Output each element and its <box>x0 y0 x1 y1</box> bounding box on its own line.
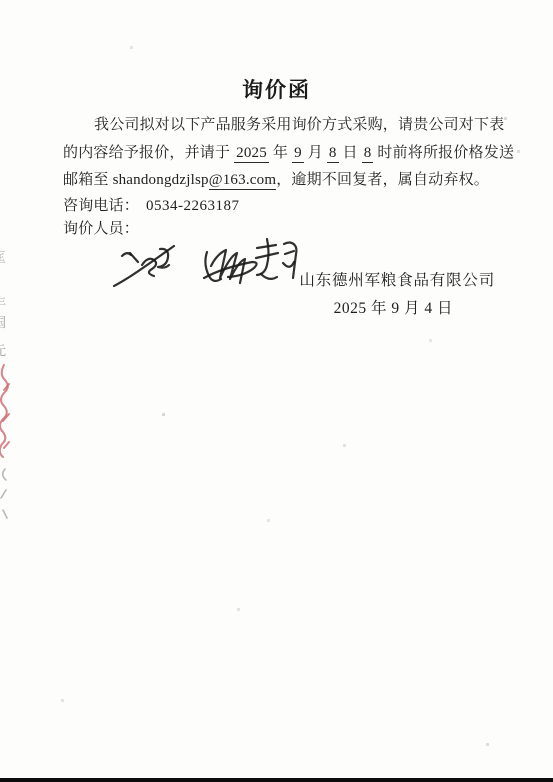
handwritten-signature-3 <box>256 239 296 279</box>
line2-post: 时前将所报价格发送 <box>377 145 514 161</box>
company-name: 山东德州军粮食品有限公司 <box>299 268 495 290</box>
handwritten-signature-2 <box>204 250 257 283</box>
email-address: shandongdzjlsp@163.com <box>113 172 277 190</box>
email-user: shandongdzjlsp <box>113 172 209 188</box>
signoff-date: 2025 年 9 月 4 日 <box>334 296 453 318</box>
line2-pre: 的内容给予报价，并请于 <box>63 145 230 161</box>
body-line-1: 我公司拟对以下产品服务采用询价方式采购，请贵公司对下表 <box>63 115 504 135</box>
email-domain: @163.com <box>209 172 277 190</box>
scanned-document-page: 询价函 我公司拟对以下产品服务采用询价方式采购，请贵公司对下表 的内容给予报价，… <box>0 0 553 782</box>
phone-number: 0534-2263187 <box>146 198 240 214</box>
edge-bleedthrough-fragment: 国 <box>0 316 9 330</box>
line2-sep-month: 月 <box>308 145 323 161</box>
line2-sep-year: 年 <box>273 145 288 161</box>
edge-bleedthrough-fragment: 元 <box>0 344 9 358</box>
document-title: 询价函 <box>0 74 553 104</box>
gray-ink-bleedthrough <box>0 466 12 524</box>
phone-label: 咨询电话： <box>63 198 139 214</box>
edge-bleedthrough-fragment: 3 <box>0 275 9 289</box>
line2-sep-day: 日 <box>343 145 358 161</box>
red-ink-bleedthrough <box>0 362 12 467</box>
scan-edge-bar <box>0 778 553 782</box>
handwritten-signatures <box>108 236 313 292</box>
deadline-hour: 8 <box>362 145 374 163</box>
deadline-day: 8 <box>327 145 339 163</box>
deadline-year: 2025 <box>234 145 269 163</box>
edge-bleedthrough-fragment: 1 <box>0 230 9 244</box>
body-line-3: 邮箱至 shandongdzjlsp@163.com，逾期不回复者，属自动弃权。 <box>63 170 489 190</box>
handwritten-signature-1 <box>114 246 174 286</box>
edge-bleedthrough-fragment: 丰 <box>0 296 9 310</box>
deadline-month: 9 <box>292 145 304 163</box>
edge-bleedthrough-fragment: · <box>0 158 9 172</box>
edge-bleedthrough-fragment: 匡 <box>0 251 9 265</box>
edge-bleedthrough-fragment: 丨 <box>0 176 9 190</box>
line3-pre: 邮箱至 <box>63 172 113 188</box>
staff-label: 询价人员： <box>63 221 139 237</box>
body-line-2: 的内容给予报价，并请于 2025 年 9 月 8 日 8 时前将所报价格发送 <box>63 143 514 163</box>
body-line-1-text: 我公司拟对以下产品服务采用询价方式采购，请贵公司对下表 <box>94 117 504 133</box>
scan-noise-specks <box>0 0 1 1</box>
line3-post: ，逾期不回复者，属自动弃权。 <box>276 172 489 188</box>
phone-line: 咨询电话：0534-2263187 <box>63 196 240 216</box>
